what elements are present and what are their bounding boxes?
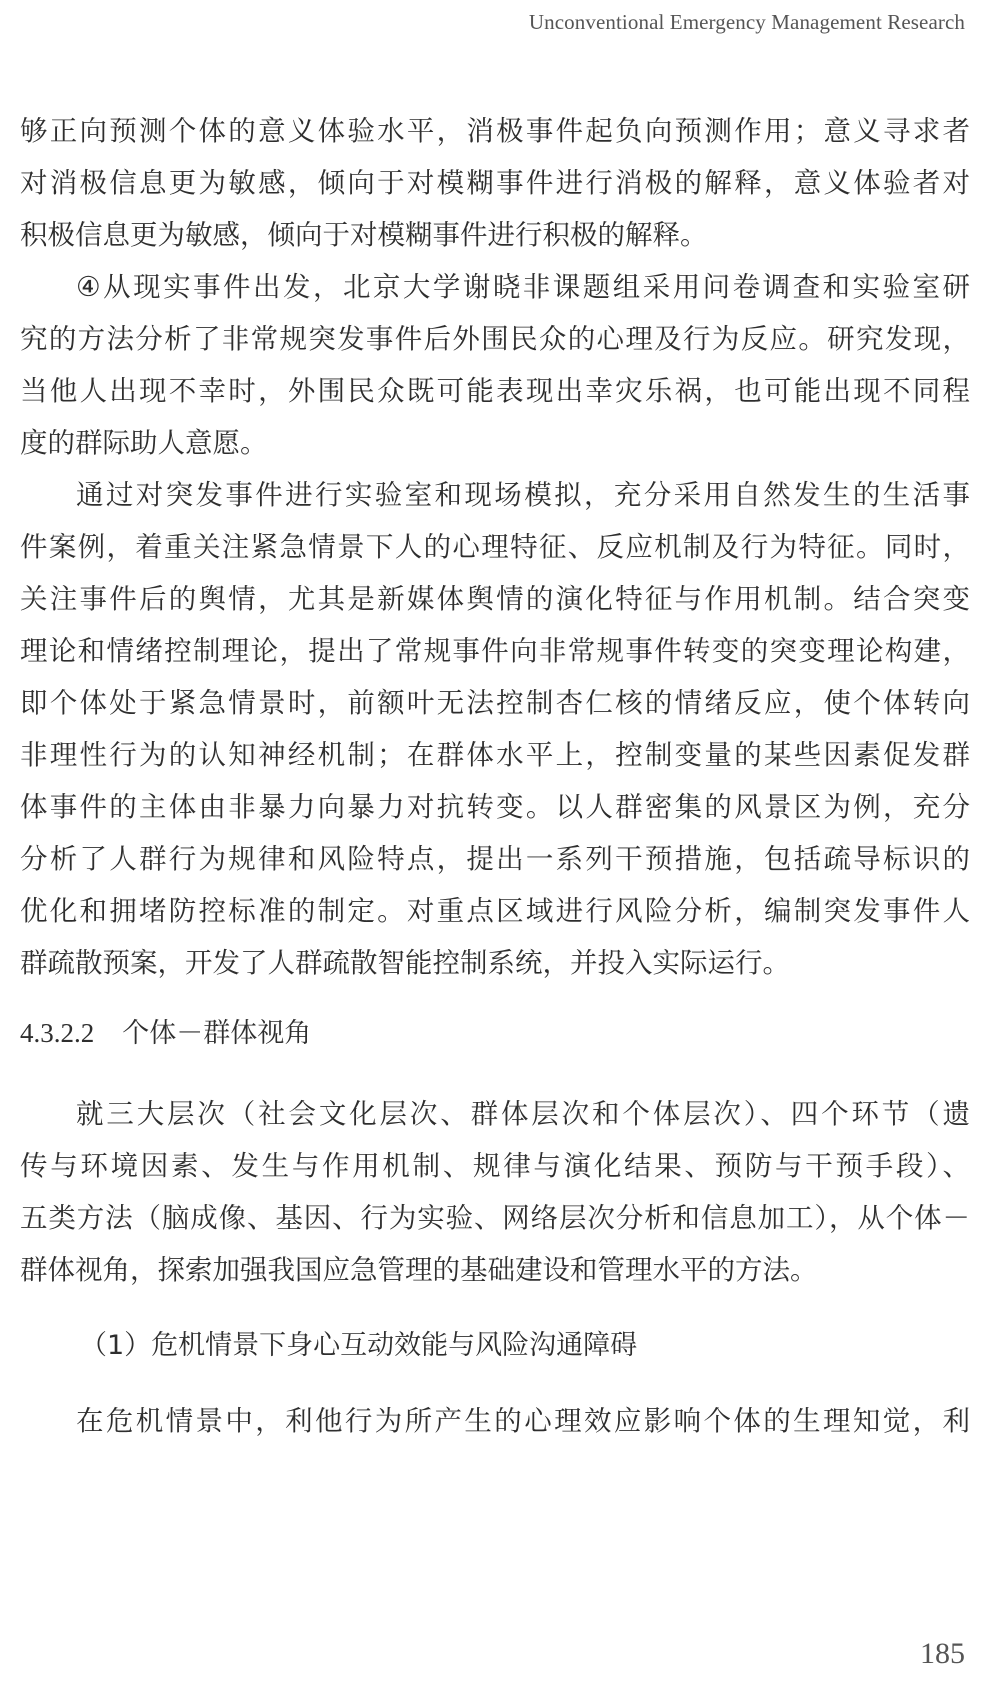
section-number: 4.3.2.2 <box>20 1015 94 1051</box>
paragraph-line: 体事件的主体由非暴力向暴力对抗转变。以人群密集的风景区为例，充分 <box>20 789 970 825</box>
paragraph-line: 就三大层次（社会文化层次、群体层次和个体层次）、四个环节（遗 <box>76 1096 970 1132</box>
paragraph-line: 优化和拥堵防控标准的制定。对重点区域进行风险分析，编制突发事件人 <box>20 893 970 929</box>
paragraph-line: 非理性行为的认知神经机制；在群体水平上，控制变量的某些因素促发群 <box>20 737 970 773</box>
paragraph-line: 理论和情绪控制理论，提出了常规事件向非常规事件转变的突变理论构建， <box>20 633 970 669</box>
paragraph-line: 件案例，着重关注紧急情景下人的心理特征、反应机制及行为特征。同时， <box>20 529 970 565</box>
section-title: 个体－群体视角 <box>122 1018 311 1049</box>
paragraph-line: 对消极信息更为敏感，倾向于对模糊事件进行消极的解释，意义体验者对 <box>20 165 970 201</box>
paragraph-line: 即个体处于紧急情景时，前额叶无法控制杏仁核的情绪反应，使个体转向 <box>20 685 970 721</box>
paragraph-line: ④从现实事件出发，北京大学谢晓非课题组采用问卷调查和实验室研 <box>76 269 970 305</box>
subsection-heading: （1）危机情景下身心互动效能与风险沟通障碍 <box>80 1328 637 1364</box>
paragraph-line: 在危机情景中，利他行为所产生的心理效应影响个体的生理知觉，利 <box>76 1403 970 1439</box>
paragraph-line: 积极信息更为敏感，倾向于对模糊事件进行积极的解释。 <box>20 217 970 253</box>
section-heading: 4.3.2.2个体－群体视角 <box>20 1015 311 1052</box>
paragraph-line: 通过对突发事件进行实验室和现场模拟，充分采用自然发生的生活事 <box>76 477 970 513</box>
paragraph-line: 度的群际助人意愿。 <box>20 425 970 461</box>
running-header: Unconventional Emergency Management Rese… <box>529 10 965 35</box>
paragraph-line: 够正向预测个体的意义体验水平，消极事件起负向预测作用；意义寻求者 <box>20 113 970 149</box>
paragraph-line: 关注事件后的舆情，尤其是新媒体舆情的演化特征与作用机制。结合突变 <box>20 581 970 617</box>
paragraph-line: 群疏散预案，开发了人群疏散智能控制系统，并投入实际运行。 <box>20 945 970 981</box>
paragraph-line: 五类方法（脑成像、基因、行为实验、网络层次分析和信息加工），从个体－ <box>20 1200 970 1236</box>
paragraph-line: 分析了人群行为规律和风险特点，提出一系列干预措施，包括疏导标识的 <box>20 841 970 877</box>
paragraph-line: 究的方法分析了非常规突发事件后外围民众的心理及行为反应。研究发现， <box>20 321 970 357</box>
page-number: 185 <box>920 1637 965 1671</box>
paragraph-line: 当他人出现不幸时，外围民众既可能表现出幸灾乐祸，也可能出现不同程 <box>20 373 970 409</box>
paragraph-line: 传与环境因素、发生与作用机制、规律与演化结果、预防与干预手段）、 <box>20 1148 970 1184</box>
paragraph-line: 群体视角，探索加强我国应急管理的基础建设和管理水平的方法。 <box>20 1252 970 1288</box>
